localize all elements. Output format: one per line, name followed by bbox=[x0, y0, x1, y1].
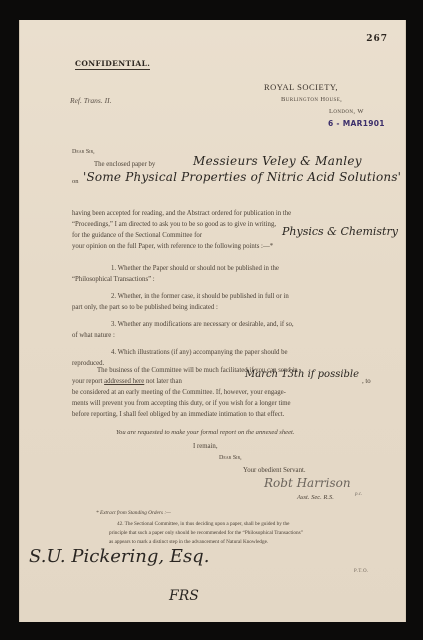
point-1-line2: “Philosophical Transactions” : bbox=[72, 276, 155, 283]
paragraph1-line2: “Proceedings,” I am directed to ask you … bbox=[72, 221, 276, 228]
point-3-line1: 3. Whether any modifications are necessa… bbox=[111, 321, 294, 328]
intro-text: The enclosed paper by bbox=[94, 161, 155, 168]
footnote-heading: * Extract from Standing Orders :— bbox=[96, 510, 171, 516]
paragraph2-line3: be considered at an early meeting of the… bbox=[72, 389, 286, 396]
paragraph1-line3: for the guidance of the Sectional Commit… bbox=[72, 232, 202, 239]
recipient-suffix-handwritten: FRS bbox=[169, 588, 199, 604]
paragraph2-line2-post: , to bbox=[362, 378, 371, 385]
paragraph1-line4: your opinion on the full Paper, with ref… bbox=[72, 243, 273, 250]
page-number: 267 bbox=[366, 34, 388, 44]
signatory-annotation: p.c. bbox=[355, 492, 362, 497]
closing-line3: Your obedient Servant. bbox=[243, 467, 306, 474]
paragraph2-line5: before reporting, I shall feel obliged b… bbox=[72, 411, 284, 418]
classification-heading: CONFIDENTIAL. bbox=[75, 59, 150, 70]
paragraph2-line2-mid: not later than bbox=[146, 378, 182, 385]
date-stamp: 6 - MAR1901 bbox=[328, 119, 385, 128]
letterhead-address-line2: London, W bbox=[329, 108, 364, 115]
formal-report-note: You are requested to make your formal re… bbox=[116, 429, 295, 436]
point-4-line2: reproduced. bbox=[72, 360, 104, 367]
letter-sheet: 267 CONFIDENTIAL. Ref. Trans. II. ROYAL … bbox=[19, 20, 406, 622]
footnote-line3: as appears to mark a distinct step in th… bbox=[109, 539, 268, 545]
deadline-handwritten: March 13th if possible bbox=[245, 369, 359, 380]
on-label: on bbox=[72, 178, 79, 185]
pto-label: P.T.O. bbox=[354, 569, 369, 574]
paper-title-handwritten: 'Some Physical Properties of Nitric Acid… bbox=[83, 170, 401, 184]
point-1-line1: 1. Whether the Paper should or should no… bbox=[111, 265, 279, 272]
signatory-title: Asst. Sec. R.S. bbox=[297, 494, 334, 501]
reference-label: Ref. Trans. II. bbox=[70, 96, 111, 105]
point-3-line2: of what nature : bbox=[72, 332, 115, 339]
paragraph2-line2: your report addressed here not later tha… bbox=[72, 378, 182, 385]
point-4-line1: 4. Which illustrations (if any) accompan… bbox=[111, 349, 288, 356]
footnote-line2: principle that such a paper only should … bbox=[109, 530, 303, 536]
addressed-here-text: addressed here bbox=[104, 378, 144, 385]
closing-line2: Dear Sir, bbox=[219, 455, 242, 461]
letterhead-organisation: ROYAL SOCIETY, bbox=[264, 82, 338, 92]
authors-handwritten: Messieurs Veley & Manley bbox=[193, 154, 362, 168]
signature-handwritten: Robt Harrison bbox=[264, 476, 351, 490]
point-2-line1: 2. Whether, in the former case, it shoul… bbox=[111, 293, 289, 300]
paragraph2-line4: ments will prevent you from accepting th… bbox=[72, 400, 291, 407]
paragraph1-line1: having been accepted for reading, and th… bbox=[72, 210, 291, 217]
footnote-line1: 42. The Sectional Committee, in thus dec… bbox=[117, 521, 289, 527]
salutation: Dear Sir, bbox=[72, 149, 95, 155]
paragraph2-line2-pre: your report bbox=[72, 378, 102, 385]
closing-line1: I remain, bbox=[193, 443, 218, 450]
recipient-handwritten: S.U. Pickering, Esq. bbox=[29, 546, 209, 567]
letterhead-address-line1: Burlington House, bbox=[281, 96, 342, 103]
committee-handwritten: Physics & Chemistry bbox=[282, 225, 398, 238]
point-2-line2: part only, the part so to be published b… bbox=[72, 304, 218, 311]
